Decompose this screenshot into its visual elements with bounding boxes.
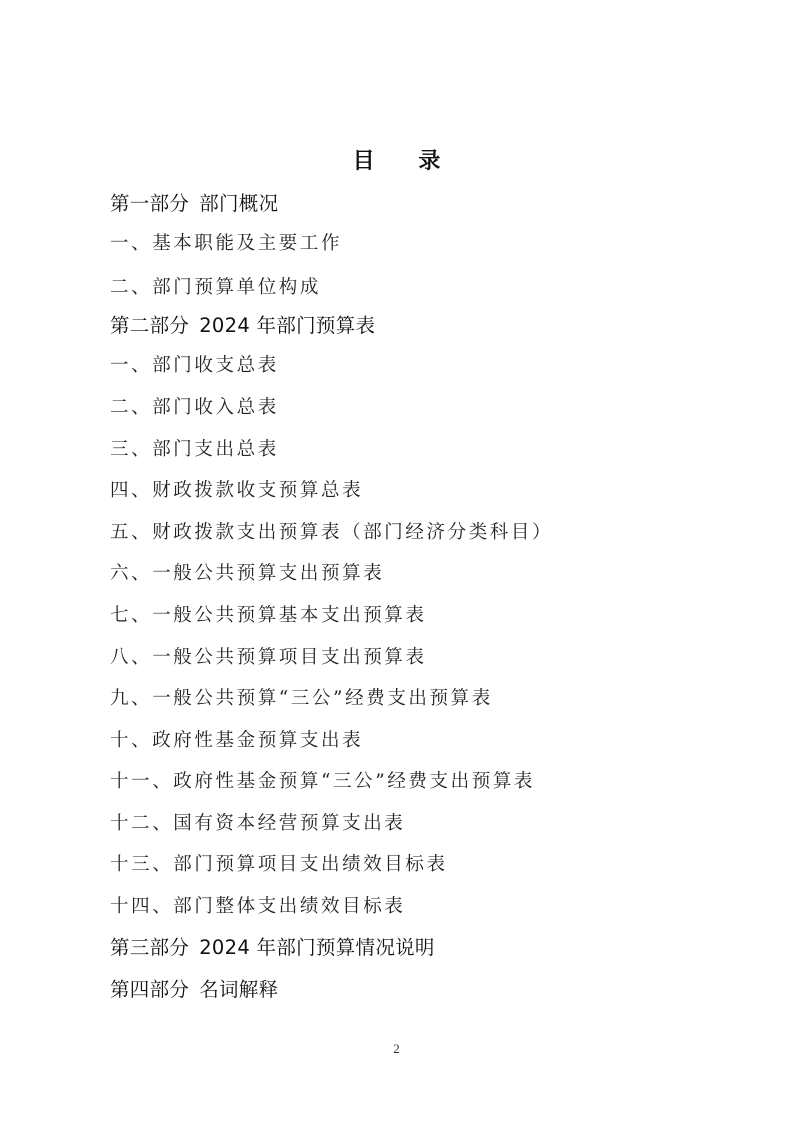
toc-item[interactable]: 五、财政拨款支出预算表（部门经济分类科目） — [110, 519, 553, 547]
toc-item[interactable]: 十一、政府性基金预算“三公”经费支出预算表 — [110, 768, 535, 796]
toc-item[interactable]: 十四、部门整体支出绩效目标表 — [110, 893, 405, 921]
part-title: 名词解释 — [199, 978, 278, 1001]
part-label: 第一部分 — [110, 192, 189, 215]
part-label: 第四部分 — [110, 978, 189, 1001]
toc-part-2[interactable]: 第二部分2024 年部门预算表 — [110, 312, 375, 340]
part-title: 2024 年部门预算情况说明 — [199, 936, 435, 959]
document-page: 目 录 第一部分部门概况 一、基本职能及主要工作 二、部门预算单位构成 第二部分… — [0, 0, 793, 1122]
part-title: 部门概况 — [199, 192, 278, 215]
toc-item[interactable]: 二、部门预算单位构成 — [110, 274, 321, 302]
toc-item[interactable]: 七、一般公共预算基本支出预算表 — [110, 602, 427, 630]
page-number: 2 — [0, 1040, 793, 1058]
toc-item[interactable]: 九、一般公共预算“三公”经费支出预算表 — [110, 685, 493, 713]
toc-item[interactable]: 四、财政拨款收支预算总表 — [110, 477, 363, 505]
part-label: 第三部分 — [110, 936, 189, 959]
toc-title: 目 录 — [0, 148, 793, 176]
toc-item[interactable]: 三、部门支出总表 — [110, 436, 279, 464]
toc-part-1[interactable]: 第一部分部门概况 — [110, 190, 278, 218]
toc-item[interactable]: 二、部门收入总表 — [110, 394, 279, 422]
toc-item[interactable]: 十、政府性基金预算支出表 — [110, 727, 363, 755]
toc-item[interactable]: 一、基本职能及主要工作 — [110, 230, 342, 258]
part-title: 2024 年部门预算表 — [199, 314, 375, 337]
toc-part-4[interactable]: 第四部分名词解释 — [110, 976, 278, 1004]
toc-part-3[interactable]: 第三部分2024 年部门预算情况说明 — [110, 934, 435, 962]
toc-item[interactable]: 六、一般公共预算支出预算表 — [110, 560, 384, 588]
toc-item[interactable]: 一、部门收支总表 — [110, 352, 279, 380]
toc-item[interactable]: 十二、国有资本经营预算支出表 — [110, 810, 405, 838]
toc-item[interactable]: 十三、部门预算项目支出绩效目标表 — [110, 851, 448, 879]
part-label: 第二部分 — [110, 314, 189, 337]
toc-item[interactable]: 八、一般公共预算项目支出预算表 — [110, 644, 427, 672]
